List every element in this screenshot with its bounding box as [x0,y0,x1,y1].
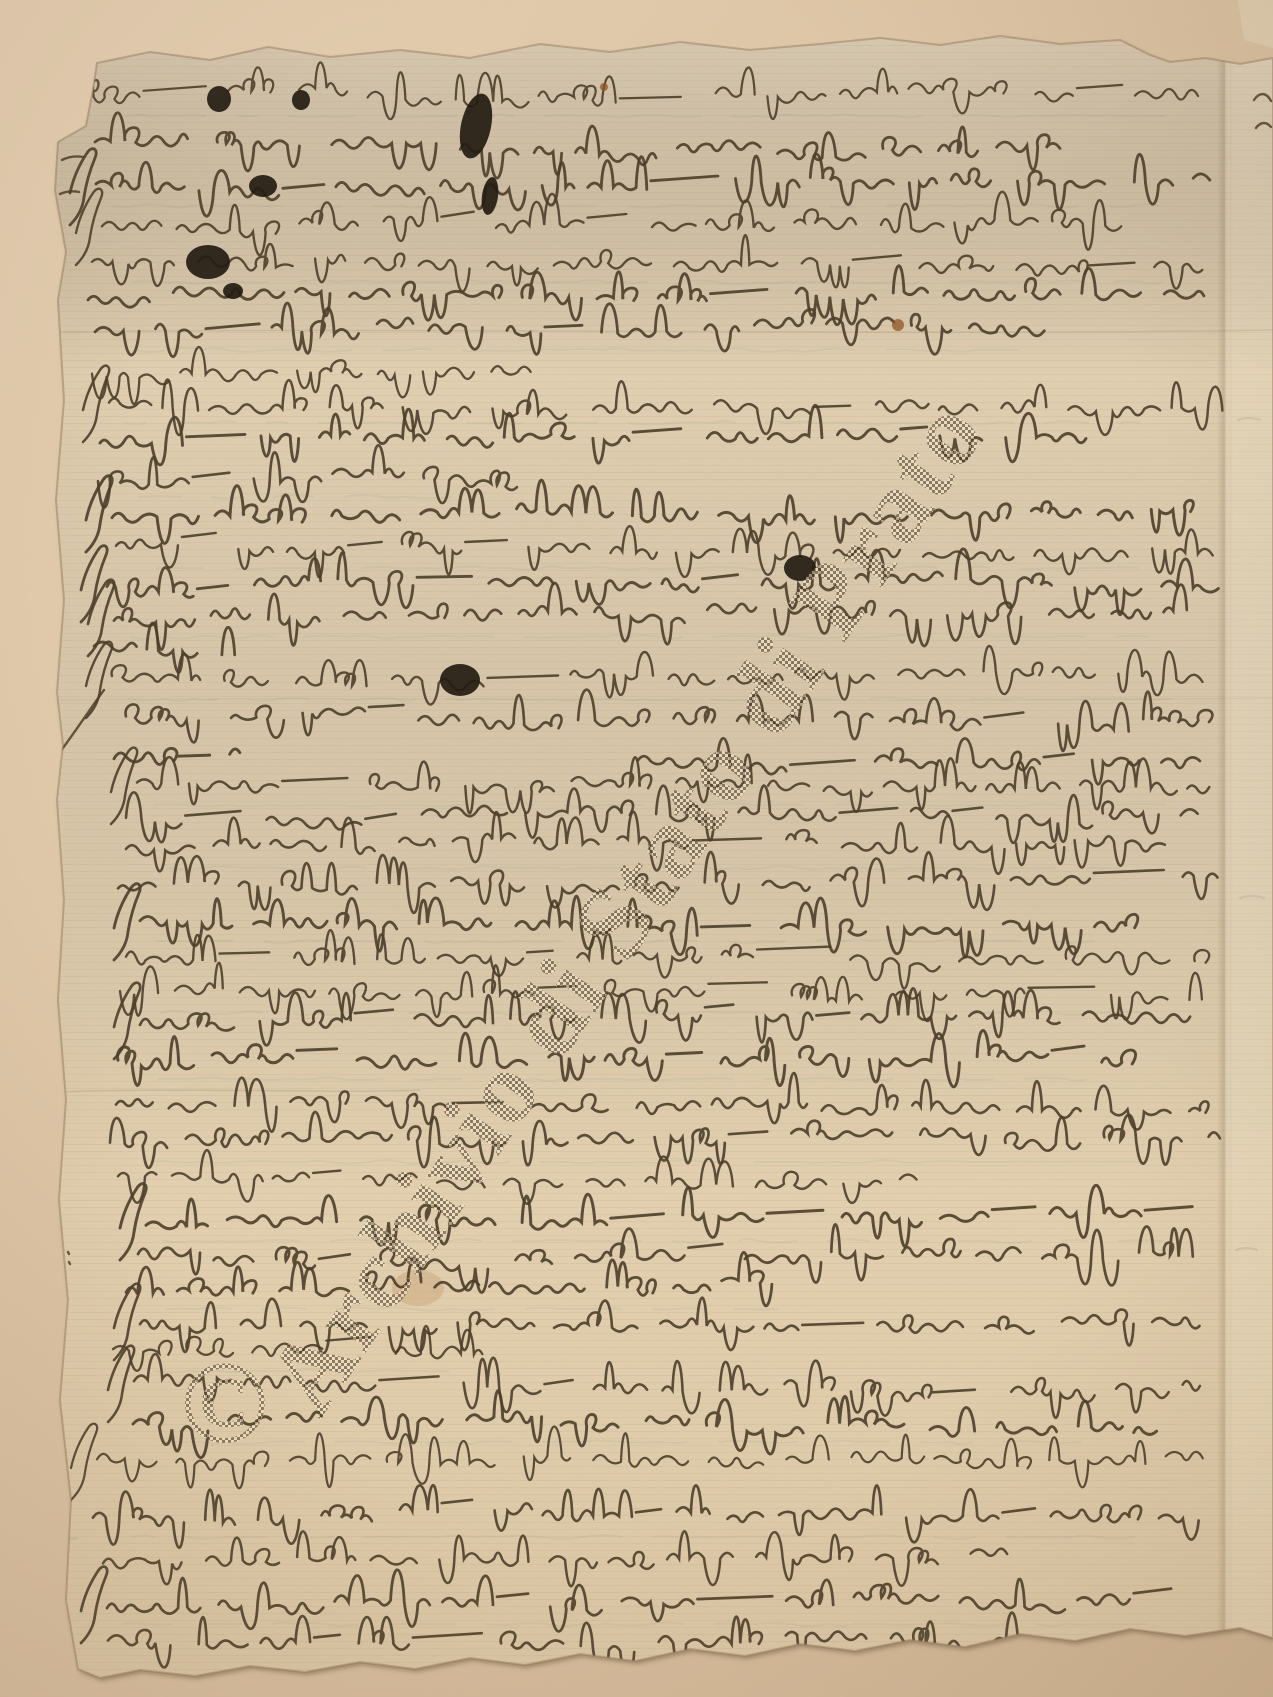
manuscript-svg: © Archivio di Stato di Prato [0,0,1273,1697]
manuscript-scan: © Archivio di Stato di Prato [0,0,1273,1697]
scan-vignette [0,0,1273,1697]
